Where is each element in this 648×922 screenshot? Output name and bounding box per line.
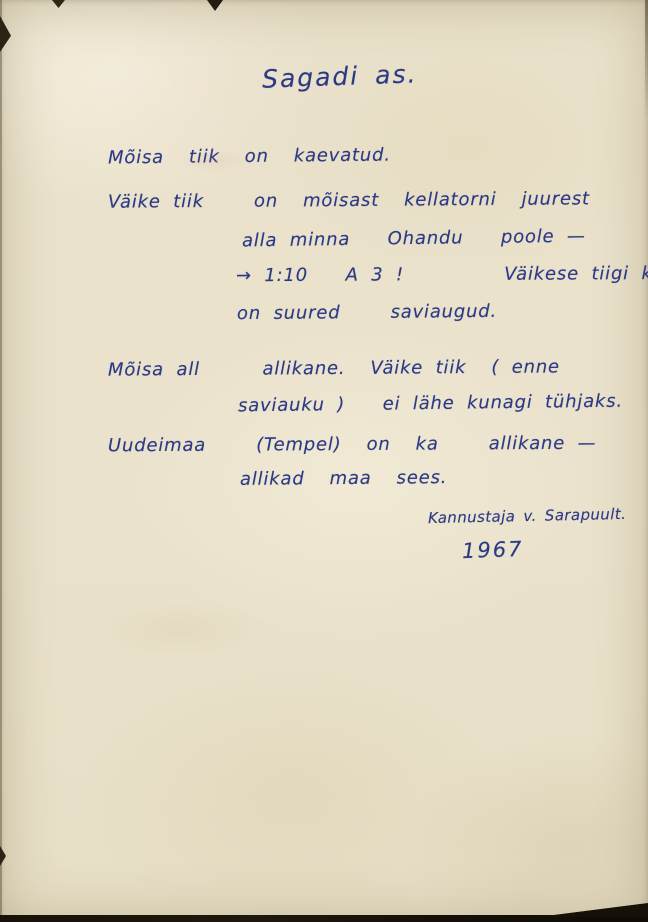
scan-artifact-top-notch xyxy=(207,0,223,11)
handwritten-line: allikad maa sees. xyxy=(240,467,447,490)
scan-artifact-left-edge xyxy=(0,0,2,922)
scanned-note-page: Sagadi as. Mõisa tiik on kaevatud. Väike… xyxy=(0,0,648,922)
scan-artifact-top-notch xyxy=(52,0,65,8)
handwritten-line: Mõisa tiik on kaevatud. xyxy=(108,145,391,169)
handwritten-line: on suured saviaugud. xyxy=(237,301,497,324)
note-title: Sagadi as. xyxy=(262,59,418,93)
handwritten-line: Väike tiik on mõisast kellatorni juurest xyxy=(108,188,590,212)
year-label: 1967 xyxy=(462,537,524,563)
handwritten-line: saviauku ) ei lähe kunagi tühjaks. xyxy=(238,391,623,417)
handwritten-line: → 1:10 A 3 ! Väikese tiigi kaldal xyxy=(236,263,648,286)
handwritten-line: Mõisa all allikane. Väike tiik ( enne xyxy=(108,356,560,380)
handwritten-line: Uudeimaa (Tempel) on ka allikane — xyxy=(108,433,597,457)
paper-stain xyxy=(90,600,270,660)
handwritten-line: alla minna Ohandu poole — xyxy=(242,226,586,252)
paper-stain xyxy=(180,150,250,172)
scan-artifact-top-left-corner xyxy=(0,16,11,52)
scan-artifact-bottom-right-corner xyxy=(538,903,648,917)
scan-artifact-left-notch xyxy=(0,846,6,866)
signature-line: Kannustaja v. Sarapuult. xyxy=(428,505,627,527)
